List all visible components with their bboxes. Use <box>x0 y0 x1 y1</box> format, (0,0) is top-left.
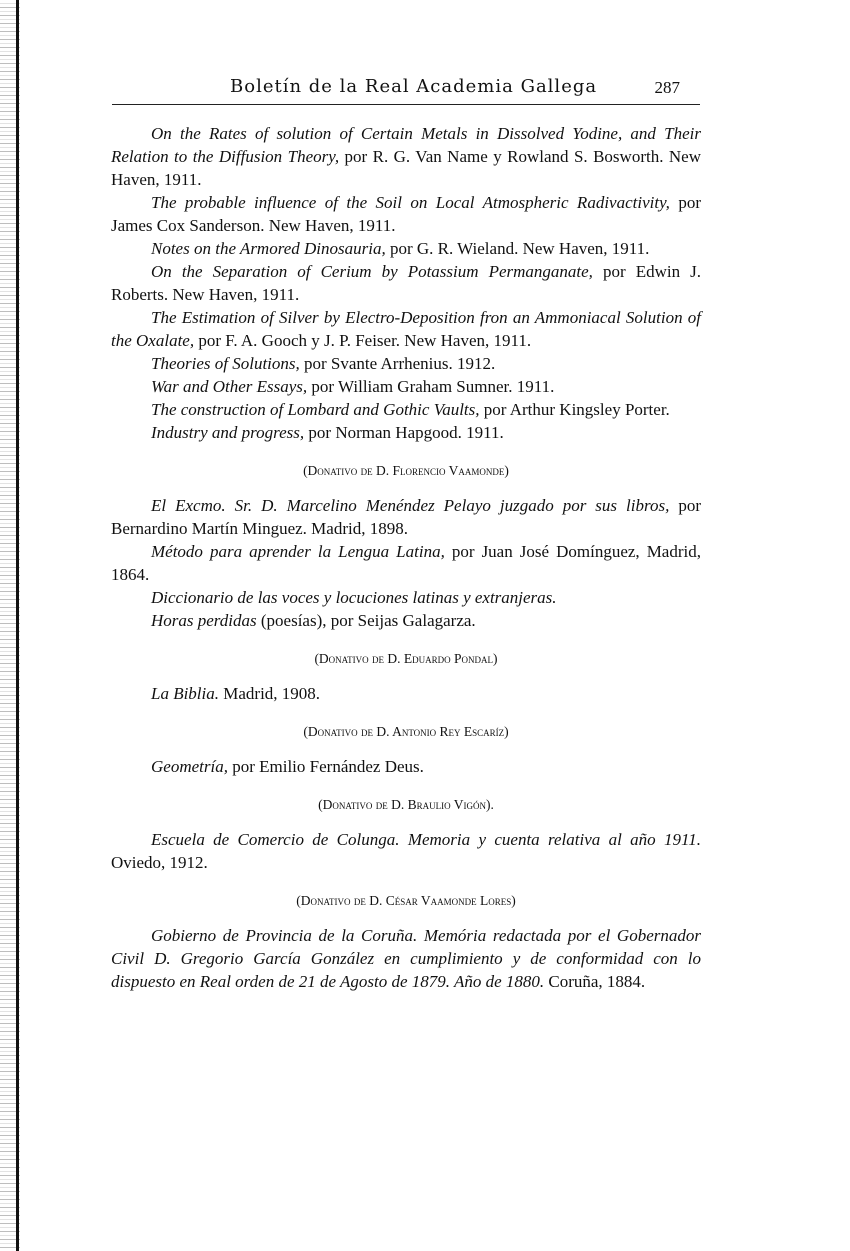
donor-heading: (Donativo de D. Florencio Vaamonde) <box>111 459 701 482</box>
entry-details: por Norman Hapgood. 1911. <box>304 423 504 442</box>
bibliography-entry: Geometría, por Emilio Fernández Deus. <box>111 755 701 778</box>
bibliography-entry: Horas perdidas (poesías), por Seijas Gal… <box>111 609 701 632</box>
donor-heading: (Donativo de D. Antonio Rey Escaríz) <box>111 720 701 743</box>
entry-title: Industry and progress, <box>151 423 304 442</box>
donor-heading: (Donativo de D. César Vaamonde Lores) <box>111 889 701 912</box>
entry-title: Método para aprender la Lengua Latina, <box>151 542 445 561</box>
entry-title: Theories of Solutions, <box>151 354 300 373</box>
donor-heading: (Donativo de D. Braulio Vigón). <box>111 793 701 816</box>
entry-title: On the Separation of Cerium by Potassium… <box>151 262 593 281</box>
entry-title: El Excmo. Sr. D. Marcelino Menéndez Pela… <box>151 496 669 515</box>
bibliography-entry: Gobierno de Provincia de la Coruña. Memó… <box>111 924 701 993</box>
entry-details: por Emilio Fernández Deus. <box>228 757 424 776</box>
donor-heading: (Donativo de D. Eduardo Pondal) <box>111 647 701 670</box>
entry-title: The probable influence of the Soil on Lo… <box>151 193 670 212</box>
journal-title: Boletín de la Real Academia Gallega <box>230 76 597 97</box>
entry-details: por Svante Arrhenius. 1912. <box>300 354 495 373</box>
entry-title: Horas perdidas <box>151 611 257 630</box>
entry-details: por Arthur Kingsley Porter. <box>480 400 670 419</box>
entry-details: (poesías), por Seijas Galagarza. <box>257 611 476 630</box>
entry-details: por William Graham Sumner. 1911. <box>307 377 554 396</box>
page-body: On the Rates of solution of Certain Meta… <box>111 122 701 993</box>
entry-details: por F. A. Gooch y J. P. Feiser. New Have… <box>194 331 531 350</box>
entry-title: La Biblia. <box>151 684 219 703</box>
bibliography-entry: Método para aprender la Lengua Latina, p… <box>111 540 701 586</box>
bibliography-entry: War and Other Essays, por William Graham… <box>111 375 701 398</box>
entry-details: Oviedo, 1912. <box>111 853 208 872</box>
bibliography-entry: The Estimation of Silver by Electro-Depo… <box>111 306 701 352</box>
entry-details: Madrid, 1908. <box>219 684 320 703</box>
bibliography-entry: El Excmo. Sr. D. Marcelino Menéndez Pela… <box>111 494 701 540</box>
section: (Donativo de D. Eduardo Pondal) La Bibli… <box>111 647 701 705</box>
bibliography-entry: On the Separation of Cerium by Potassium… <box>111 260 701 306</box>
section: (Donativo de D. César Vaamonde Lores) Go… <box>111 889 701 993</box>
bibliography-entry: Industry and progress, por Norman Hapgoo… <box>111 421 701 444</box>
entry-title: Geometría, <box>151 757 228 776</box>
entry-title: Diccionario de las voces y locuciones la… <box>151 588 557 607</box>
entry-title: Escuela de Comercio de Colunga. Memoria … <box>151 830 701 849</box>
entry-details: Coruña, 1884. <box>544 972 645 991</box>
section: (Donativo de D. Braulio Vigón). Escuela … <box>111 793 701 874</box>
bibliography-entry: The construction of Lombard and Gothic V… <box>111 398 701 421</box>
bibliography-entry: Theories of Solutions, por Svante Arrhen… <box>111 352 701 375</box>
page-number: 287 <box>655 78 681 98</box>
section: (Donativo de D. Antonio Rey Escaríz) Geo… <box>111 720 701 778</box>
bibliography-entry: On the Rates of solution of Certain Meta… <box>111 122 701 191</box>
section: (Donativo de D. Florencio Vaamonde) El E… <box>111 459 701 632</box>
entry-title: War and Other Essays, <box>151 377 307 396</box>
bibliography-entry: Notes on the Armored Dinosauria, por G. … <box>111 237 701 260</box>
entry-details: por G. R. Wieland. New Haven, 1911. <box>386 239 650 258</box>
bibliography-entry: Escuela de Comercio de Colunga. Memoria … <box>111 828 701 874</box>
entry-title: Notes on the Armored Dinosauria, <box>151 239 386 258</box>
entry-title: The construction of Lombard and Gothic V… <box>151 400 480 419</box>
running-header: Boletín de la Real Academia Gallega 287 <box>112 76 700 105</box>
bibliography-entry: La Biblia. Madrid, 1908. <box>111 682 701 705</box>
bibliography-entry: Diccionario de las voces y locuciones la… <box>111 586 701 609</box>
binding-line <box>16 0 19 1251</box>
section: On the Rates of solution of Certain Meta… <box>111 122 701 444</box>
bibliography-entry: The probable influence of the Soil on Lo… <box>111 191 701 237</box>
